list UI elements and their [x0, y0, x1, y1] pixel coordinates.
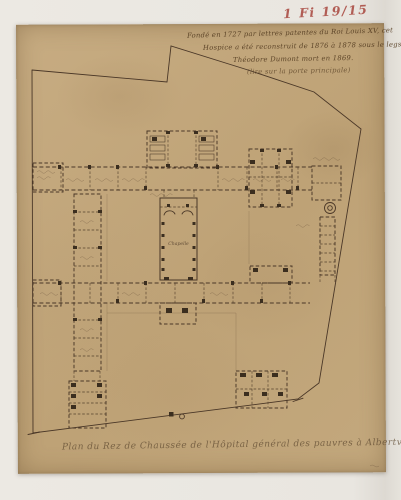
north-pavilion	[147, 131, 217, 168]
floor-plan-drawing: Chapelle	[0, 0, 401, 500]
southeast-pavilion	[236, 371, 287, 408]
property-boundary	[28, 46, 361, 435]
east-service-block	[312, 166, 341, 283]
chapel: Chapelle	[160, 190, 197, 280]
scanned-plan-image: 1 Fi 19/15	[0, 0, 401, 500]
southwest-pavilion	[69, 371, 106, 428]
well-circle	[325, 203, 336, 214]
north-corridor-wing	[33, 163, 312, 192]
gate-marks	[169, 412, 184, 419]
illegible-room-labels	[37, 158, 379, 467]
northeast-pavilion	[249, 149, 292, 207]
middle-corridor-wing	[33, 266, 310, 324]
chapel-label: Chapelle	[168, 241, 189, 247]
